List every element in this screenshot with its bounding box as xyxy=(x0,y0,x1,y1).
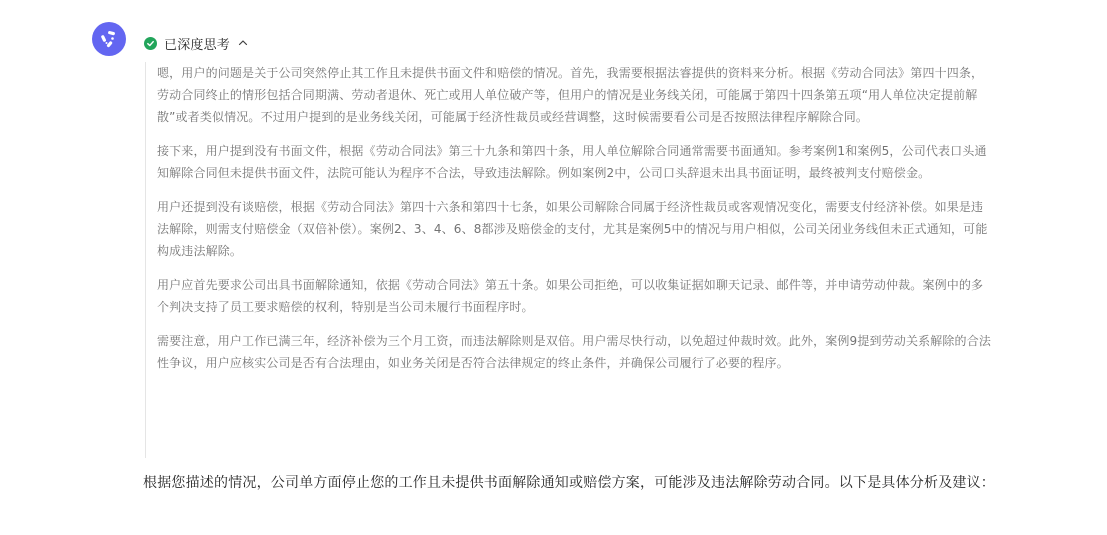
assistant-message: 已深度思考 嗯，用户的问题是关于公司突然停止其工作且未提供书面文件和赔偿的情况。… xyxy=(0,0,1107,535)
thinking-paragraph: 用户还提到没有谈赔偿，根据《劳动合同法》第四十六条和第四十七条，如果公司解除合同… xyxy=(157,196,993,262)
thinking-paragraph: 接下来，用户提到没有书面文件，根据《劳动合同法》第三十九条和第四十条，用人单位解… xyxy=(157,140,993,184)
thinking-content: 嗯，用户的问题是关于公司突然停止其工作且未提供书面文件和赔偿的情况。首先，我需要… xyxy=(145,62,993,458)
thinking-paragraph: 需要注意，用户工作已满三年，经济补偿为三个月工资，而违法解除则是双倍。用户需尽快… xyxy=(157,330,993,374)
check-circle-icon xyxy=(144,37,157,50)
thinking-label: 已深度思考 xyxy=(164,34,230,53)
answer-text: 根据您描述的情况，公司单方面停止您的工作且未提供书面解除通知或赔偿方案，可能涉及… xyxy=(143,470,1023,496)
assistant-avatar xyxy=(92,22,126,56)
thinking-paragraph: 嗯，用户的问题是关于公司突然停止其工作且未提供书面文件和赔偿的情况。首先，我需要… xyxy=(157,62,993,128)
chevron-up-icon[interactable] xyxy=(238,39,248,47)
thinking-paragraph: 用户应首先要求公司出具书面解除通知，依据《劳动合同法》第五十条。如果公司拒绝，可… xyxy=(157,274,993,318)
thinking-toggle[interactable]: 已深度思考 xyxy=(144,33,248,53)
deepseek-logo-icon xyxy=(99,29,119,49)
